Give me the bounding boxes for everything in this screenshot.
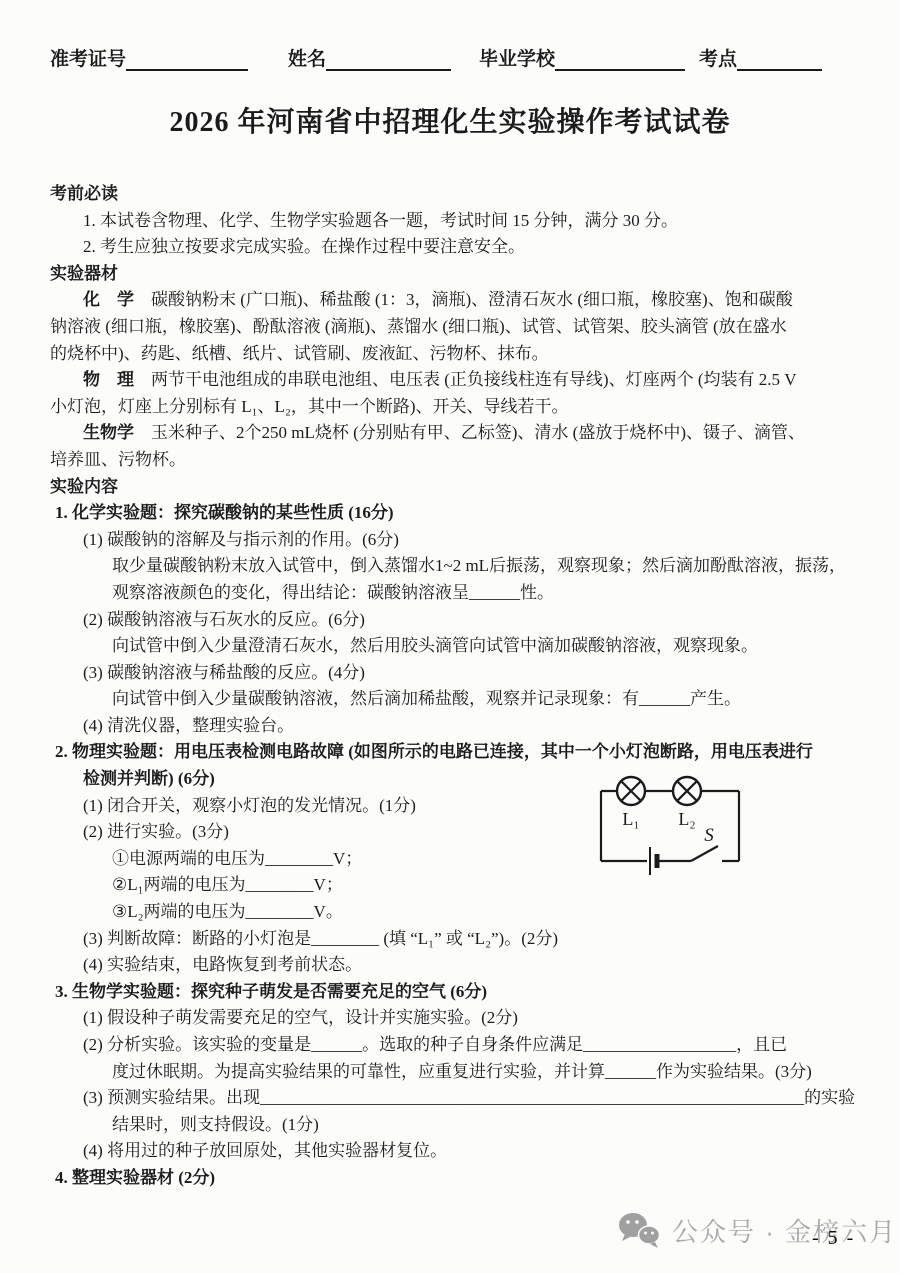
- text-segment: 4. 整理实验器材 (2分): [55, 1168, 215, 1187]
- doc-line: 考前必读: [50, 181, 860, 208]
- switch-blade-icon: [691, 846, 718, 861]
- doc-line: 培养皿、污物杯。: [50, 447, 860, 474]
- doc-line: ③L₂两端的电压为________V。: [112, 899, 860, 926]
- doc-line: 化 学 碳酸钠粉末 (广口瓶)、稀盐酸 (1：3，滴瓶)、澄清石灰水 (细口瓶，…: [83, 287, 860, 314]
- text-segment: (1) 碳酸钠的溶解及与指示剂的作用。(6分): [83, 530, 399, 549]
- fill-in-blank: [326, 45, 451, 71]
- field-label: 考点: [699, 44, 737, 71]
- document-body: 考前必读1. 本试卷含物理、化学、生物学实验题各一题，考试时间 15 分钟，满分…: [50, 181, 860, 1192]
- doc-line: (3) 判断故障：断路的小灯泡是________ (填 “L₁” 或 “L₂”)…: [83, 926, 860, 953]
- field-label: 毕业学校: [479, 44, 555, 71]
- exam-paper-page: 准考证号姓名毕业学校考点 2026 年河南省中招理化生实验操作考试试卷 考前必读…: [0, 0, 900, 1273]
- doc-line: 1. 本试卷含物理、化学、生物学实验题各一题，考试时间 15 分钟，满分 30 …: [83, 208, 860, 235]
- text-segment: 观察溶液颜色的变化，得出结论：碳酸钠溶液呈______性。: [112, 583, 554, 602]
- doc-line: 钠溶液 (细口瓶，橡胶塞)、酚酞溶液 (滴瓶)、蒸馏水 (细口瓶)、试管、试管架…: [50, 314, 860, 341]
- text-segment: (2) 碳酸钠溶液与石灰水的反应。(6分): [83, 610, 365, 629]
- doc-line: (1) 假设种子萌发需要充足的空气，设计并实施实验。(2分): [83, 1005, 860, 1032]
- doc-line: 的烧杯中)、药匙、纸槽、纸片、试管刷、废液缸、污物杯、抹布。: [50, 341, 860, 368]
- text-segment: 1. 化学实验题：探究碳酸钠的某些性质 (16分): [55, 503, 394, 522]
- text-segment: 化 学: [83, 290, 134, 309]
- doc-line: 生物学 玉米种子、2个250 mL烧杯 (分别贴有甲、乙标签)、清水 (盛放于烧…: [83, 420, 860, 447]
- doc-line: 3. 生物学实验题：探究种子萌发是否需要充足的空气 (6分): [55, 979, 860, 1006]
- doc-line: (4) 清洗仪器，整理实验台。: [83, 713, 860, 740]
- candidate-info-field: 毕业学校: [479, 44, 699, 71]
- text-segment: 小灯泡，灯座上分别标有 L₁、L₂，其中一个断路)、开关、导线若干。: [50, 397, 569, 416]
- field-label: 准考证号: [50, 44, 126, 71]
- field-label: 姓名: [288, 44, 326, 71]
- footer-watermark-text: 公众号 · 金榜六月: [672, 1212, 897, 1249]
- fill-in-blank: [555, 45, 685, 71]
- text-segment: (3) 碳酸钠溶液与稀盐酸的反应。(4分): [83, 663, 365, 682]
- wechat-icon: [616, 1210, 662, 1250]
- fill-in-blank: [737, 45, 822, 71]
- doc-line: 观察溶液颜色的变化，得出结论：碳酸钠溶液呈______性。: [112, 580, 860, 607]
- text-segment: 实验内容: [50, 477, 118, 496]
- doc-line: 向试管中倒入少量碳酸钠溶液，然后滴加稀盐酸，观察并记录现象：有______产生。: [112, 686, 860, 713]
- doc-line: 实验内容: [50, 474, 860, 501]
- text-segment: 考前必读: [50, 184, 118, 203]
- lamp2-icon: [673, 777, 701, 805]
- doc-line: (4) 实验结束，电路恢复到考前状态。: [83, 952, 860, 979]
- doc-line: 2. 物理实验题：用电压表检测电路故障 (如图所示的电路已连接，其中一个小灯泡断…: [55, 739, 860, 766]
- text-segment: 1. 本试卷含物理、化学、生物学实验题各一题，考试时间 15 分钟，满分 30 …: [83, 211, 678, 230]
- doc-line: 实验器材: [50, 261, 860, 288]
- text-segment: 2. 物理实验题：用电压表检测电路故障 (如图所示的电路已连接，其中一个小灯泡断…: [55, 742, 813, 761]
- doc-line: 小灯泡，灯座上分别标有 L₁、L₂，其中一个断路)、开关、导线若干。: [50, 394, 860, 421]
- text-segment: 生物学: [83, 423, 134, 442]
- text-segment: ③L₂两端的电压为________V。: [112, 902, 343, 921]
- text-segment: 培养皿、污物杯。: [50, 450, 186, 469]
- text-segment: (2) 进行实验。(3分): [83, 822, 229, 841]
- doc-line: (3) 预测实验结果。出现___________________________…: [83, 1085, 860, 1112]
- doc-line: 向试管中倒入少量澄清石灰水，然后用胶头滴管向试管中滴加碳酸钠溶液，观察现象。: [112, 633, 860, 660]
- text-segment: 碳酸钠粉末 (广口瓶)、稀盐酸 (1：3，滴瓶)、澄清石灰水 (细口瓶，橡胶塞)…: [134, 290, 793, 309]
- doc-line: 取少量碳酸钠粉末放入试管中，倒入蒸馏水1~2 mL后振荡，观察现象；然后滴加酚酞…: [112, 553, 860, 580]
- doc-line: 2. 考生应独立按要求完成实验。在操作过程中要注意安全。: [83, 234, 860, 261]
- text-segment: 检测并判断) (6分): [83, 769, 215, 788]
- candidate-info-field: 准考证号: [50, 44, 288, 71]
- text-segment: (1) 闭合开关，观察小灯泡的发光情况。(1分): [83, 796, 416, 815]
- page-title: 2026 年河南省中招理化生实验操作考试试卷: [0, 100, 900, 140]
- doc-line: 度过休眠期。为提高实验结果的可靠性，应重复进行实验，并计算______作为实验结…: [112, 1059, 860, 1086]
- doc-line: 4. 整理实验器材 (2分): [55, 1165, 860, 1192]
- circuit-diagram: L₁ L₂ S: [594, 765, 746, 887]
- text-segment: 实验器材: [50, 264, 118, 283]
- text-segment: 结果时，则支持假设。(1分): [112, 1115, 319, 1134]
- doc-line: ①电源两端的电压为________V；: [112, 846, 860, 873]
- text-segment: (3) 预测实验结果。出现___________________________…: [83, 1088, 855, 1107]
- text-segment: 度过休眠期。为提高实验结果的可靠性，应重复进行实验，并计算______作为实验结…: [112, 1062, 812, 1081]
- doc-line: (3) 碳酸钠溶液与稀盐酸的反应。(4分): [83, 660, 860, 687]
- doc-line: 结果时，则支持假设。(1分): [112, 1112, 860, 1139]
- text-segment: 3. 生物学实验题：探究种子萌发是否需要充足的空气 (6分): [55, 982, 487, 1001]
- text-segment: 取少量碳酸钠粉末放入试管中，倒入蒸馏水1~2 mL后振荡，观察现象；然后滴加酚酞…: [112, 556, 846, 575]
- candidate-info-field: 姓名: [288, 44, 479, 71]
- lamp1-label: L₁: [622, 809, 639, 829]
- doc-line: 物 理 两节干电池组成的串联电池组、电压表 (正负接线柱连有导线)、灯座两个 (…: [83, 367, 860, 394]
- text-segment: 2. 考生应独立按要求完成实验。在操作过程中要注意安全。: [83, 237, 525, 256]
- text-segment: ①电源两端的电压为________V；: [112, 849, 362, 868]
- doc-line: (2) 分析实验。该实验的变量是______。选取的种子自身条件应满足_____…: [83, 1032, 860, 1059]
- text-segment: (4) 清洗仪器，整理实验台。: [83, 716, 294, 735]
- text-segment: (4) 实验结束，电路恢复到考前状态。: [83, 955, 362, 974]
- page-number: - 5 -: [812, 1227, 855, 1250]
- candidate-info-field: 考点: [699, 44, 822, 71]
- text-segment: 向试管中倒入少量碳酸钠溶液，然后滴加稀盐酸，观察并记录现象：有______产生。: [112, 689, 741, 708]
- text-segment: 钠溶液 (细口瓶，橡胶塞)、酚酞溶液 (滴瓶)、蒸馏水 (细口瓶)、试管、试管架…: [50, 317, 787, 336]
- text-segment: ②L₁两端的电压为________V；: [112, 875, 343, 894]
- text-segment: (1) 假设种子萌发需要充足的空气，设计并实施实验。(2分): [83, 1008, 518, 1027]
- doc-line: (4) 将用过的种子放回原处，其他实验器材复位。: [83, 1138, 860, 1165]
- text-segment: 两节干电池组成的串联电池组、电压表 (正负接线柱连有导线)、灯座两个 (均装有 …: [134, 370, 797, 389]
- fill-in-blank: [126, 45, 248, 71]
- text-segment: 向试管中倒入少量澄清石灰水，然后用胶头滴管向试管中滴加碳酸钠溶液，观察现象。: [112, 636, 758, 655]
- text-segment: (3) 判断故障：断路的小灯泡是________ (填 “L₁” 或 “L₂”)…: [83, 929, 558, 948]
- doc-line: (2) 碳酸钠溶液与石灰水的反应。(6分): [83, 607, 860, 634]
- switch-label: S: [704, 825, 714, 846]
- text-segment: (2) 分析实验。该实验的变量是______。选取的种子自身条件应满足_____…: [83, 1035, 787, 1054]
- doc-line: 1. 化学实验题：探究碳酸钠的某些性质 (16分): [55, 500, 860, 527]
- text-segment: (4) 将用过的种子放回原处，其他实验器材复位。: [83, 1141, 447, 1160]
- lamp1-icon: [617, 777, 645, 805]
- text-segment: 物 理: [83, 370, 134, 389]
- doc-line: ②L₁两端的电压为________V；: [112, 872, 860, 899]
- lamp2-label: L₂: [678, 809, 695, 829]
- candidate-info-row: 准考证号姓名毕业学校考点: [50, 44, 850, 71]
- text-segment: 的烧杯中)、药匙、纸槽、纸片、试管刷、废液缸、污物杯、抹布。: [50, 344, 549, 363]
- doc-line: (1) 碳酸钠的溶解及与指示剂的作用。(6分): [83, 527, 860, 554]
- text-segment: 玉米种子、2个250 mL烧杯 (分别贴有甲、乙标签)、清水 (盛放于烧杯中)、…: [134, 423, 805, 442]
